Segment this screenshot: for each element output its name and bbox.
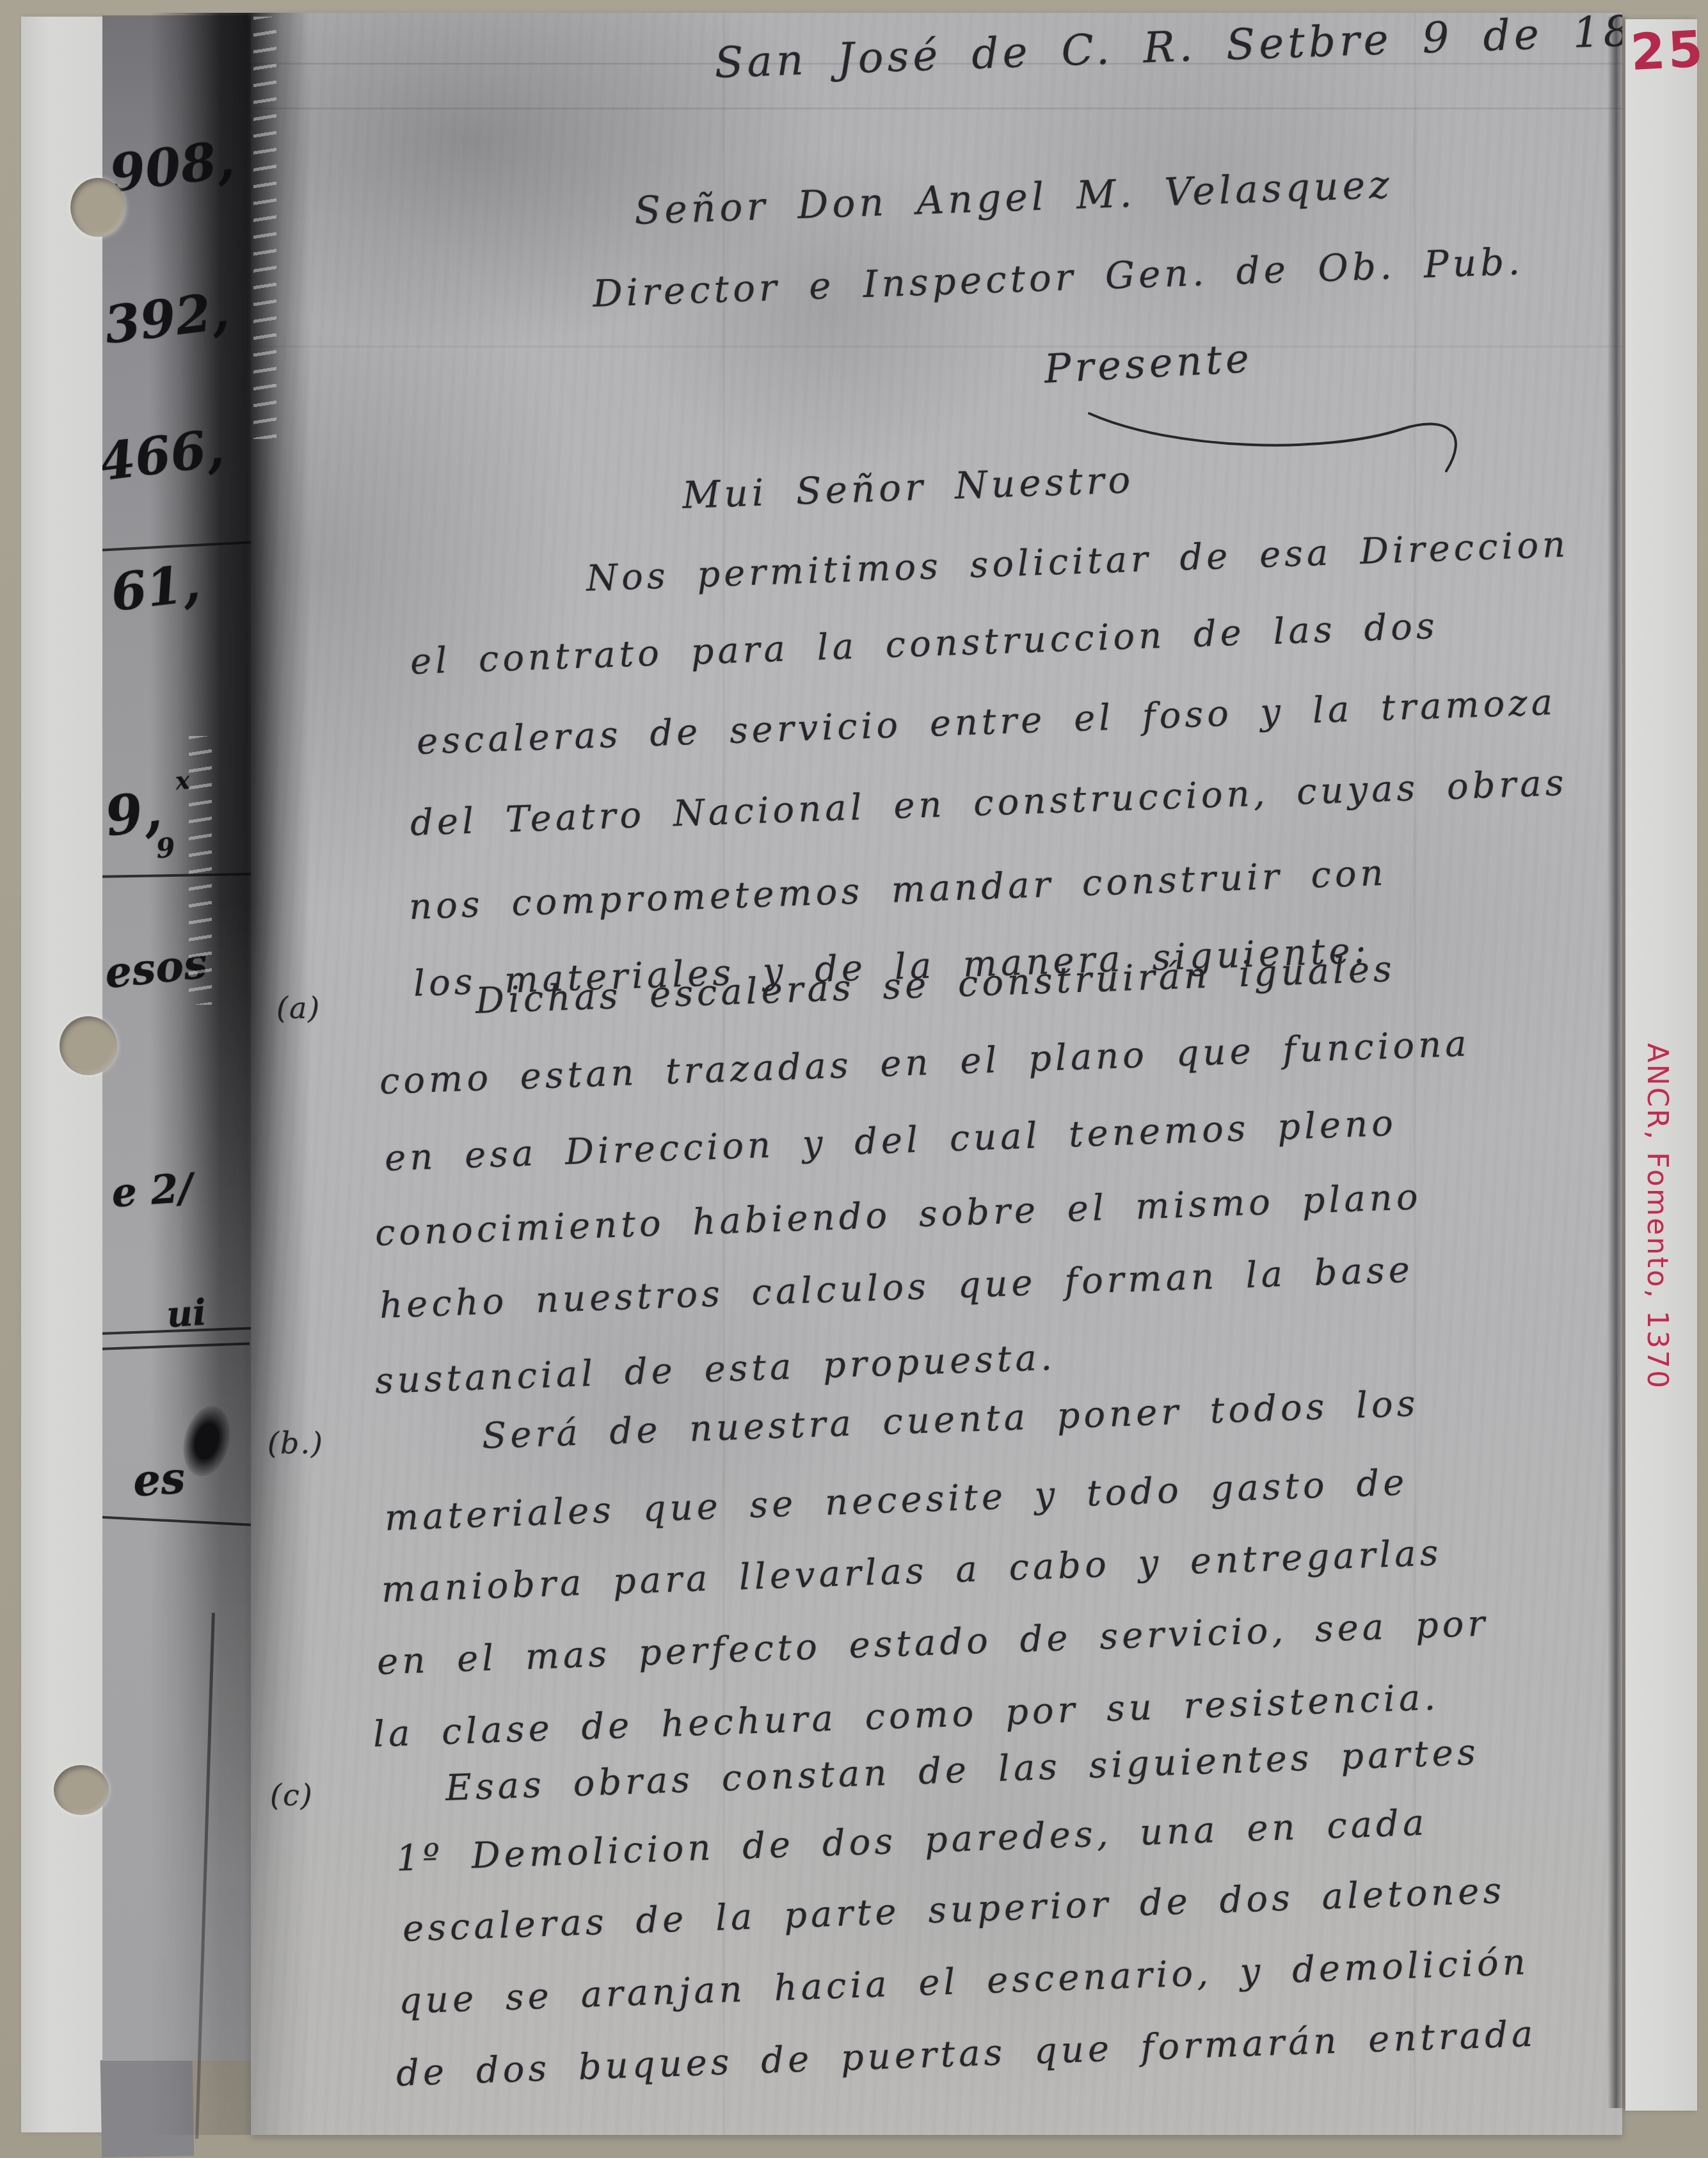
manuscript-line-body: Nos permitimos solicitar de esa Direccio… [586,524,1570,600]
manuscript-line-list-item: 1º Demolicion de dos paredes, una en cad… [395,1802,1428,1880]
page-number-annotation: 25 [1629,20,1707,82]
right-backing-strip: 25 ANCR, Fomento, 1370 [1625,19,1697,2111]
archive-reference-annotation: ANCR, Fomento, 1370 [1641,1043,1673,1530]
punch-hole [70,178,125,237]
letter-page: San José de C. R. Setbre 9 de 1895Señor … [251,13,1622,2135]
manuscript-line-list-item: de dos buques de puertas que formarán en… [395,2013,1537,2095]
manuscript-line-list-item: escaleras de la parte superior de dos al… [402,1870,1506,1950]
torn-edge-highlight [253,17,276,439]
page-edge-shadow [1608,17,1627,2108]
manuscript-line-body: como estan trazadas en el plano que func… [379,1023,1471,1102]
manuscript-line-recipient-name: Señor Don Angel M. Velasquez [634,163,1394,234]
manuscript-line-body: en esa Direccion y del cual tenemos plen… [384,1103,1398,1179]
stitching-highlight [189,736,212,1005]
manuscript-text-layer: San José de C. R. Setbre 9 de 1895Señor … [251,13,1622,2135]
manuscript-line-list-item: que se aranjan hacia el escenario, y dem… [398,1941,1530,2022]
binding-gutter-shadow [150,13,317,2135]
punch-hole [54,1765,109,1815]
manuscript-line-body: sustancial de esta propuesta. [374,1337,1057,1402]
manuscript-line-dateline: San José de C. R. Setbre 9 de 1895 [714,13,1622,88]
manuscript-line-recipient-title: Director e Inspector Gen. de Ob. Pub. [592,239,1524,316]
manuscript-line-body: el contrato para la construccion de las … [410,605,1439,683]
manuscript-line-body: escaleras de servicio entre el foso y la… [416,682,1557,763]
manuscript-line-body: nos comprometemos mandar construir con [408,852,1388,928]
manuscript-line-body: materiales que se necesite y todo gasto … [384,1462,1409,1539]
manuscript-line-salutation: Mui Señor Nuestro [682,458,1135,517]
manuscript-line-body: del Teatro Nacional en construccion, cuy… [410,762,1568,844]
manuscript-line-body: conocimiento habiendo sobre el mismo pla… [374,1176,1423,1254]
archival-document-photo: 908,392,466,61,x9,9esose 2/uies San José… [0,0,1708,2158]
manuscript-line-body: en el mas perfecto estado de servicio, s… [376,1603,1489,1683]
manuscript-line-body: maniobra para llevarlas a cabo y entrega… [381,1532,1442,1611]
manuscript-line-body: hecho nuestros calculos que forman la ba… [379,1249,1414,1327]
punch-hole [60,1016,117,1075]
manuscript-line-recipient-location: Presente [1043,335,1254,392]
manuscript-line-body: Será de nuestra cuenta poner todos los [481,1383,1419,1457]
